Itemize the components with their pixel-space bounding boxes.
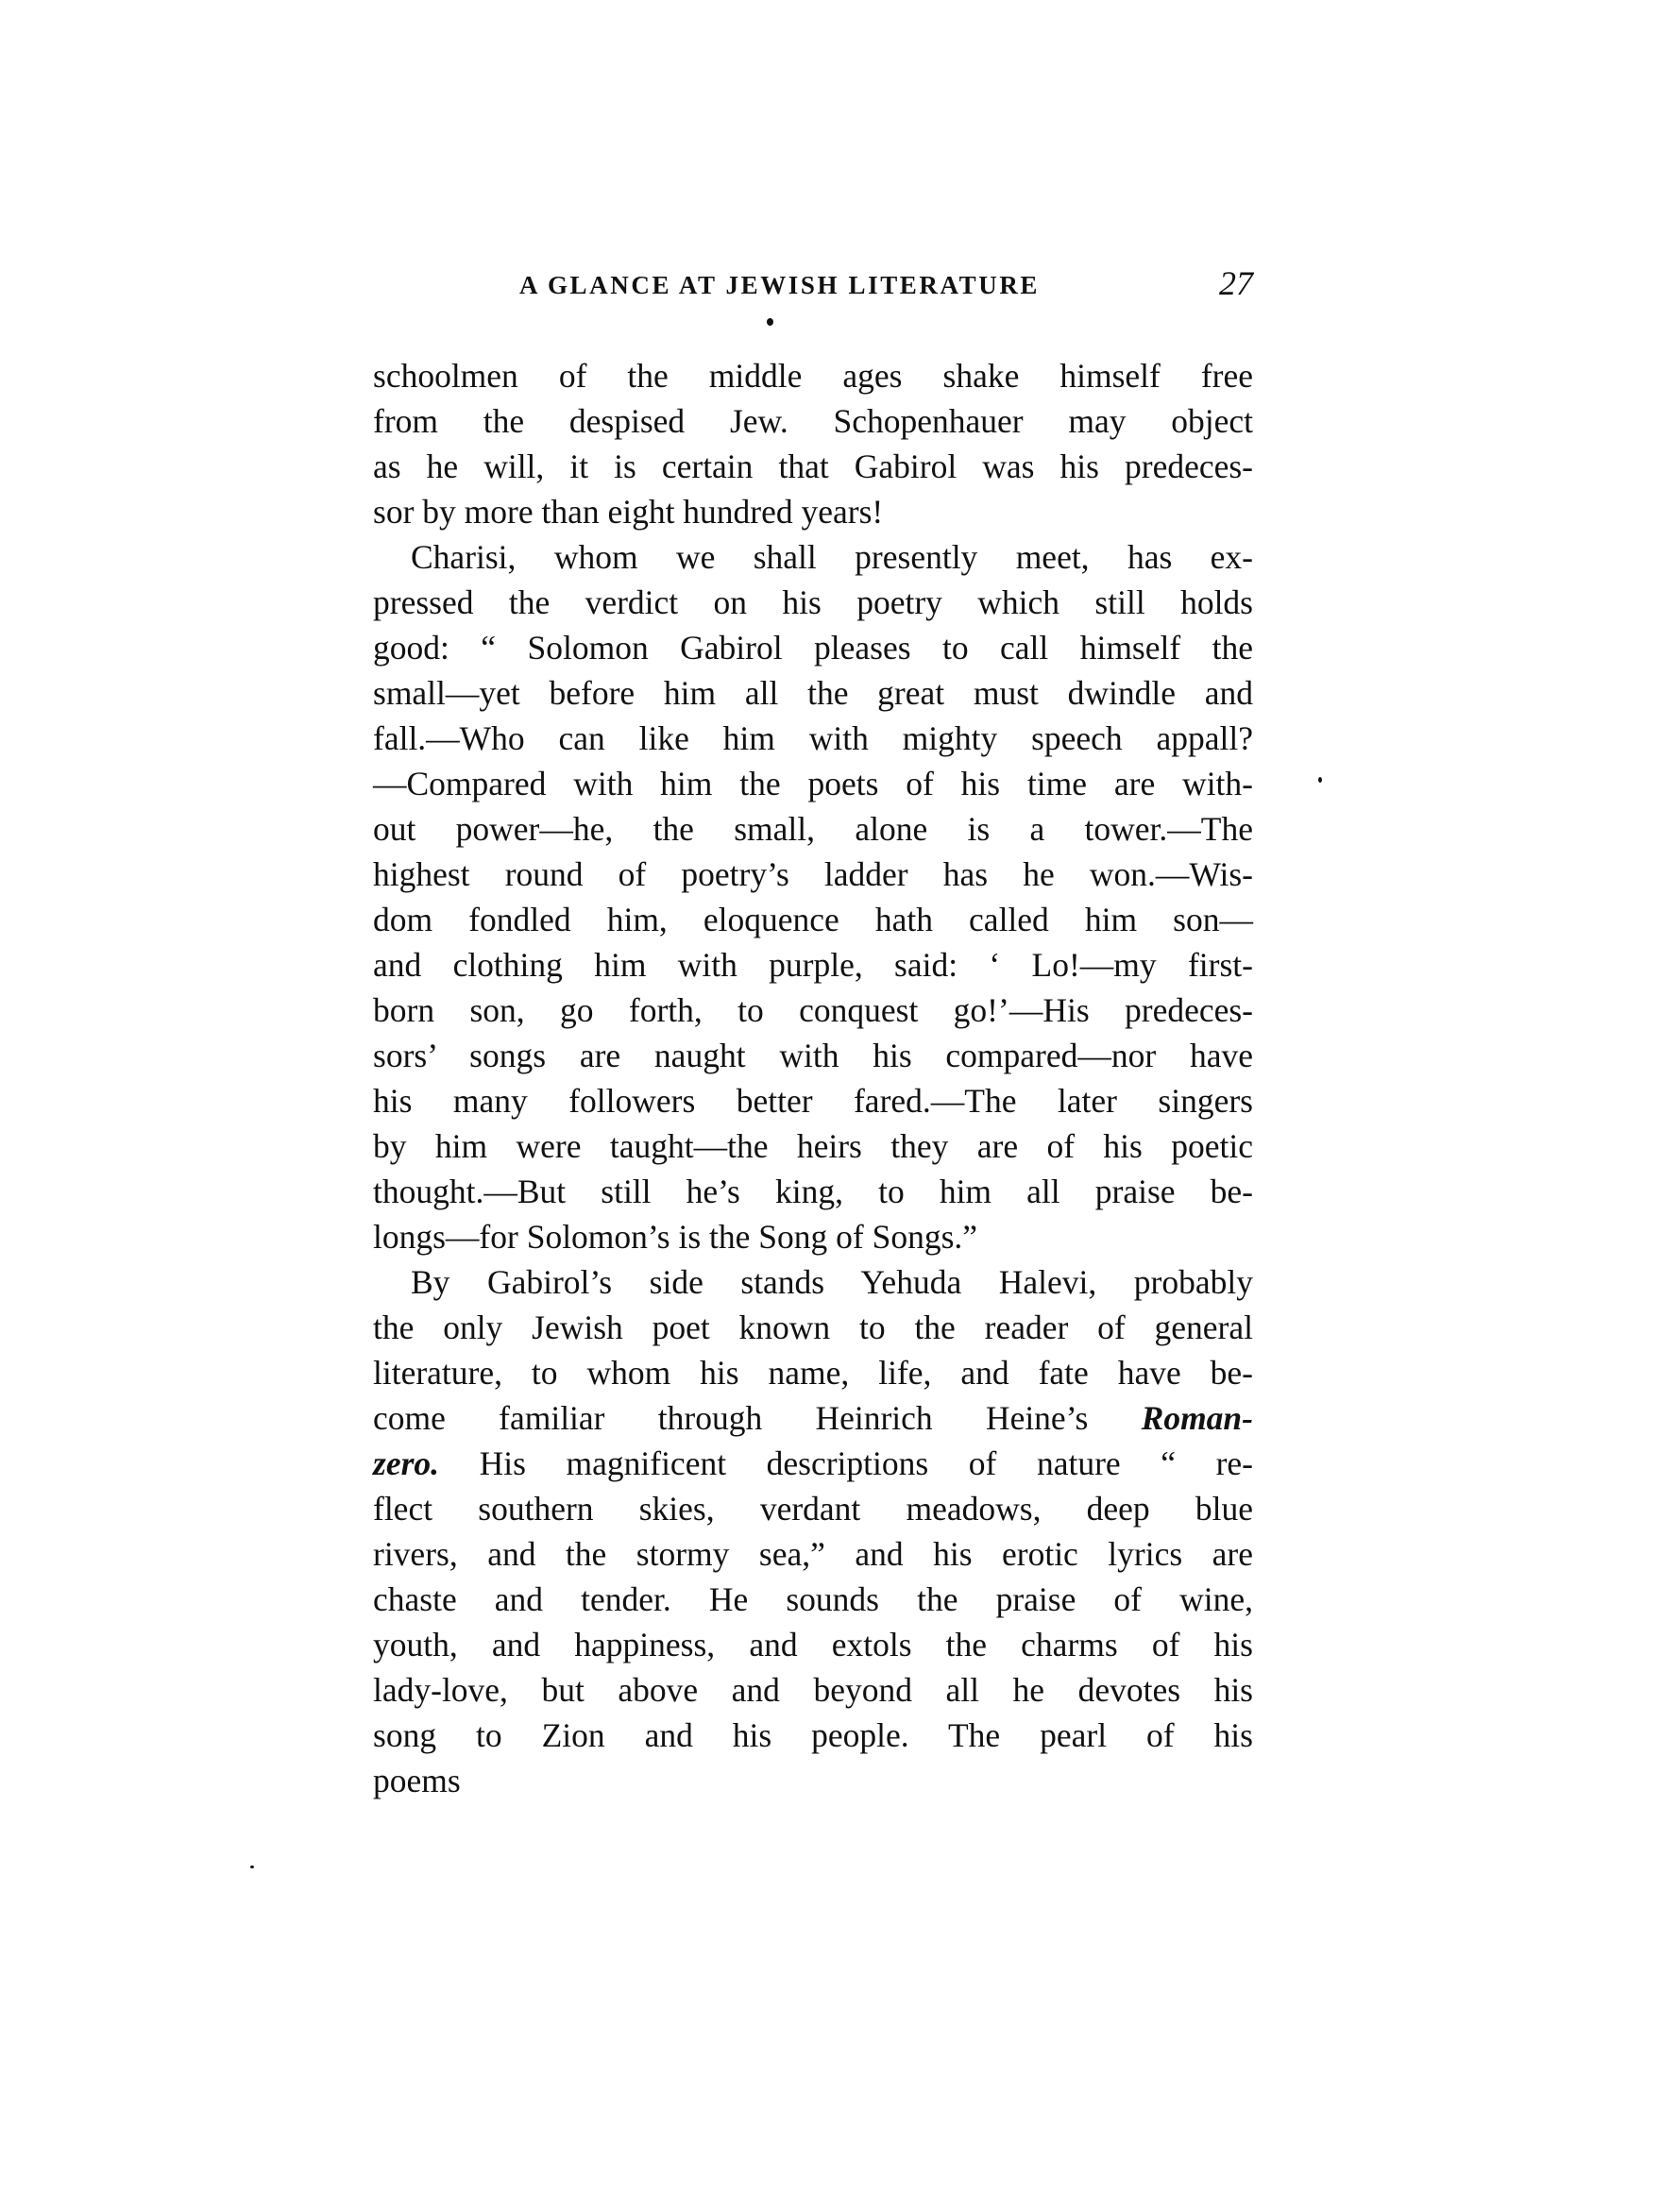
text-line: the only Jewish poet known to the reader… — [373, 1305, 1253, 1350]
line-text: small—yet before him all the great must … — [373, 674, 1253, 712]
line-text: his many followers better fared.—The lat… — [373, 1082, 1253, 1120]
italic-title: zero. — [373, 1444, 439, 1482]
line-text: sors’ songs are naught with his compared… — [373, 1037, 1253, 1074]
line-text: by him were taught—the heirs they are of… — [373, 1127, 1253, 1165]
text-line: poems — [373, 1758, 1253, 1803]
text-line: song to Zion and his people. The pearl o… — [373, 1713, 1253, 1758]
text-line: good: “ Solomon Gabirol pleases to call … — [373, 625, 1253, 670]
line-text: dom fondled him, eloquence hath called h… — [373, 901, 1253, 938]
text-line: youth, and happiness, and extols the cha… — [373, 1622, 1253, 1667]
line-text: literature, to whom his name, life, and … — [373, 1354, 1253, 1392]
line-text: out power—he, the small, alone is a towe… — [373, 810, 1253, 848]
line-text: song to Zion and his people. The pearl o… — [373, 1716, 1253, 1754]
line-text: flect southern skies, verdant meadows, d… — [373, 1490, 1253, 1528]
text-line: fall.—Who can like him with mighty speec… — [373, 716, 1253, 761]
text-line: born son, go forth, to conquest go!’—His… — [373, 988, 1253, 1033]
text-line: Charisi, whom we shall presently meet, h… — [373, 534, 1253, 580]
text-line: longs—for Solomon’s is the Song of Songs… — [373, 1214, 1253, 1259]
line-text: as he will, it is certain that Gabirol w… — [373, 447, 1253, 485]
line-text: —Compared with him the poets of his time… — [373, 765, 1253, 802]
text-line: lady-love, but above and beyond all he d… — [373, 1667, 1253, 1713]
text-line: flect southern skies, verdant meadows, d… — [373, 1486, 1253, 1531]
text-line: sor by more than eight hundred years! — [373, 489, 1253, 534]
line-text: pressed the verdict on his poetry which … — [373, 583, 1253, 621]
text-line: chaste and tender. He sounds the praise … — [373, 1577, 1253, 1622]
line-text: poems — [373, 1762, 461, 1799]
line-text: fall.—Who can like him with mighty speec… — [373, 719, 1253, 757]
text-line: literature, to whom his name, life, and … — [373, 1350, 1253, 1395]
ink-speck — [250, 1866, 254, 1868]
line-text: good: “ Solomon Gabirol pleases to call … — [373, 629, 1253, 667]
line-text: come familiar through Heinrich Heine’s — [373, 1399, 1142, 1437]
text-line: dom fondled him, eloquence hath called h… — [373, 897, 1253, 942]
text-line: small—yet before him all the great must … — [373, 670, 1253, 716]
line-text: longs—for Solomon’s is the Song of Songs… — [373, 1218, 977, 1256]
text-line: rivers, and the stormy sea,” and his ero… — [373, 1531, 1253, 1577]
line-text: thought.—But still he’s king, to him all… — [373, 1173, 1253, 1210]
italic-title: Roman- — [1142, 1399, 1253, 1437]
text-line: By Gabirol’s side stands Yehuda Halevi, … — [373, 1259, 1253, 1305]
text-line: and clothing him with purple, said: ‘ Lo… — [373, 942, 1253, 988]
line-text: rivers, and the stormy sea,” and his ero… — [373, 1535, 1253, 1573]
ink-speck — [1318, 777, 1322, 783]
text-line: his many followers better fared.—The lat… — [373, 1078, 1253, 1123]
text-line: out power—he, the small, alone is a towe… — [373, 806, 1253, 852]
line-text: youth, and happiness, and extols the cha… — [373, 1626, 1253, 1663]
line-text: chaste and tender. He sounds the praise … — [373, 1580, 1253, 1618]
body-text: schoolmen of the middle ages shake himse… — [373, 353, 1253, 1803]
text-line: schoolmen of the middle ages shake himse… — [373, 353, 1253, 398]
text-line: by him were taught—the heirs they are of… — [373, 1123, 1253, 1169]
text-line: highest round of poetry’s ladder has he … — [373, 852, 1253, 897]
running-title: A GLANCE AT JEWISH LITERATURE — [519, 266, 1040, 304]
line-text: lady-love, but above and beyond all he d… — [373, 1671, 1253, 1709]
line-text: the only Jewish poet known to the reader… — [373, 1309, 1253, 1346]
running-head: A GLANCE AT JEWISH LITERATURE 27 — [373, 266, 1253, 304]
line-text: born son, go forth, to conquest go!’—His… — [373, 991, 1253, 1029]
text-line: pressed the verdict on his poetry which … — [373, 580, 1253, 625]
text-line: —Compared with him the poets of his time… — [373, 761, 1253, 806]
line-text: His magnificent descriptions of nature “… — [439, 1444, 1253, 1482]
text-line: as he will, it is certain that Gabirol w… — [373, 444, 1253, 489]
ink-speck — [767, 318, 773, 326]
line-text: By Gabirol’s side stands Yehuda Halevi, … — [411, 1263, 1253, 1301]
line-text: highest round of poetry’s ladder has he … — [373, 855, 1253, 893]
text-line: zero. His magnificent descriptions of na… — [373, 1441, 1253, 1486]
line-text: Charisi, whom we shall presently meet, h… — [411, 538, 1253, 576]
page-number: 27 — [1219, 264, 1253, 302]
line-text: from the despised Jew. Schopenhauer may … — [373, 402, 1253, 440]
text-line: thought.—But still he’s king, to him all… — [373, 1169, 1253, 1214]
text-line: come familiar through Heinrich Heine’s R… — [373, 1395, 1253, 1441]
line-text: schoolmen of the middle ages shake himse… — [373, 357, 1253, 395]
text-line: sors’ songs are naught with his compared… — [373, 1033, 1253, 1078]
line-text: and clothing him with purple, said: ‘ Lo… — [373, 946, 1253, 984]
text-line: from the despised Jew. Schopenhauer may … — [373, 398, 1253, 444]
line-text: sor by more than eight hundred years! — [373, 493, 883, 531]
